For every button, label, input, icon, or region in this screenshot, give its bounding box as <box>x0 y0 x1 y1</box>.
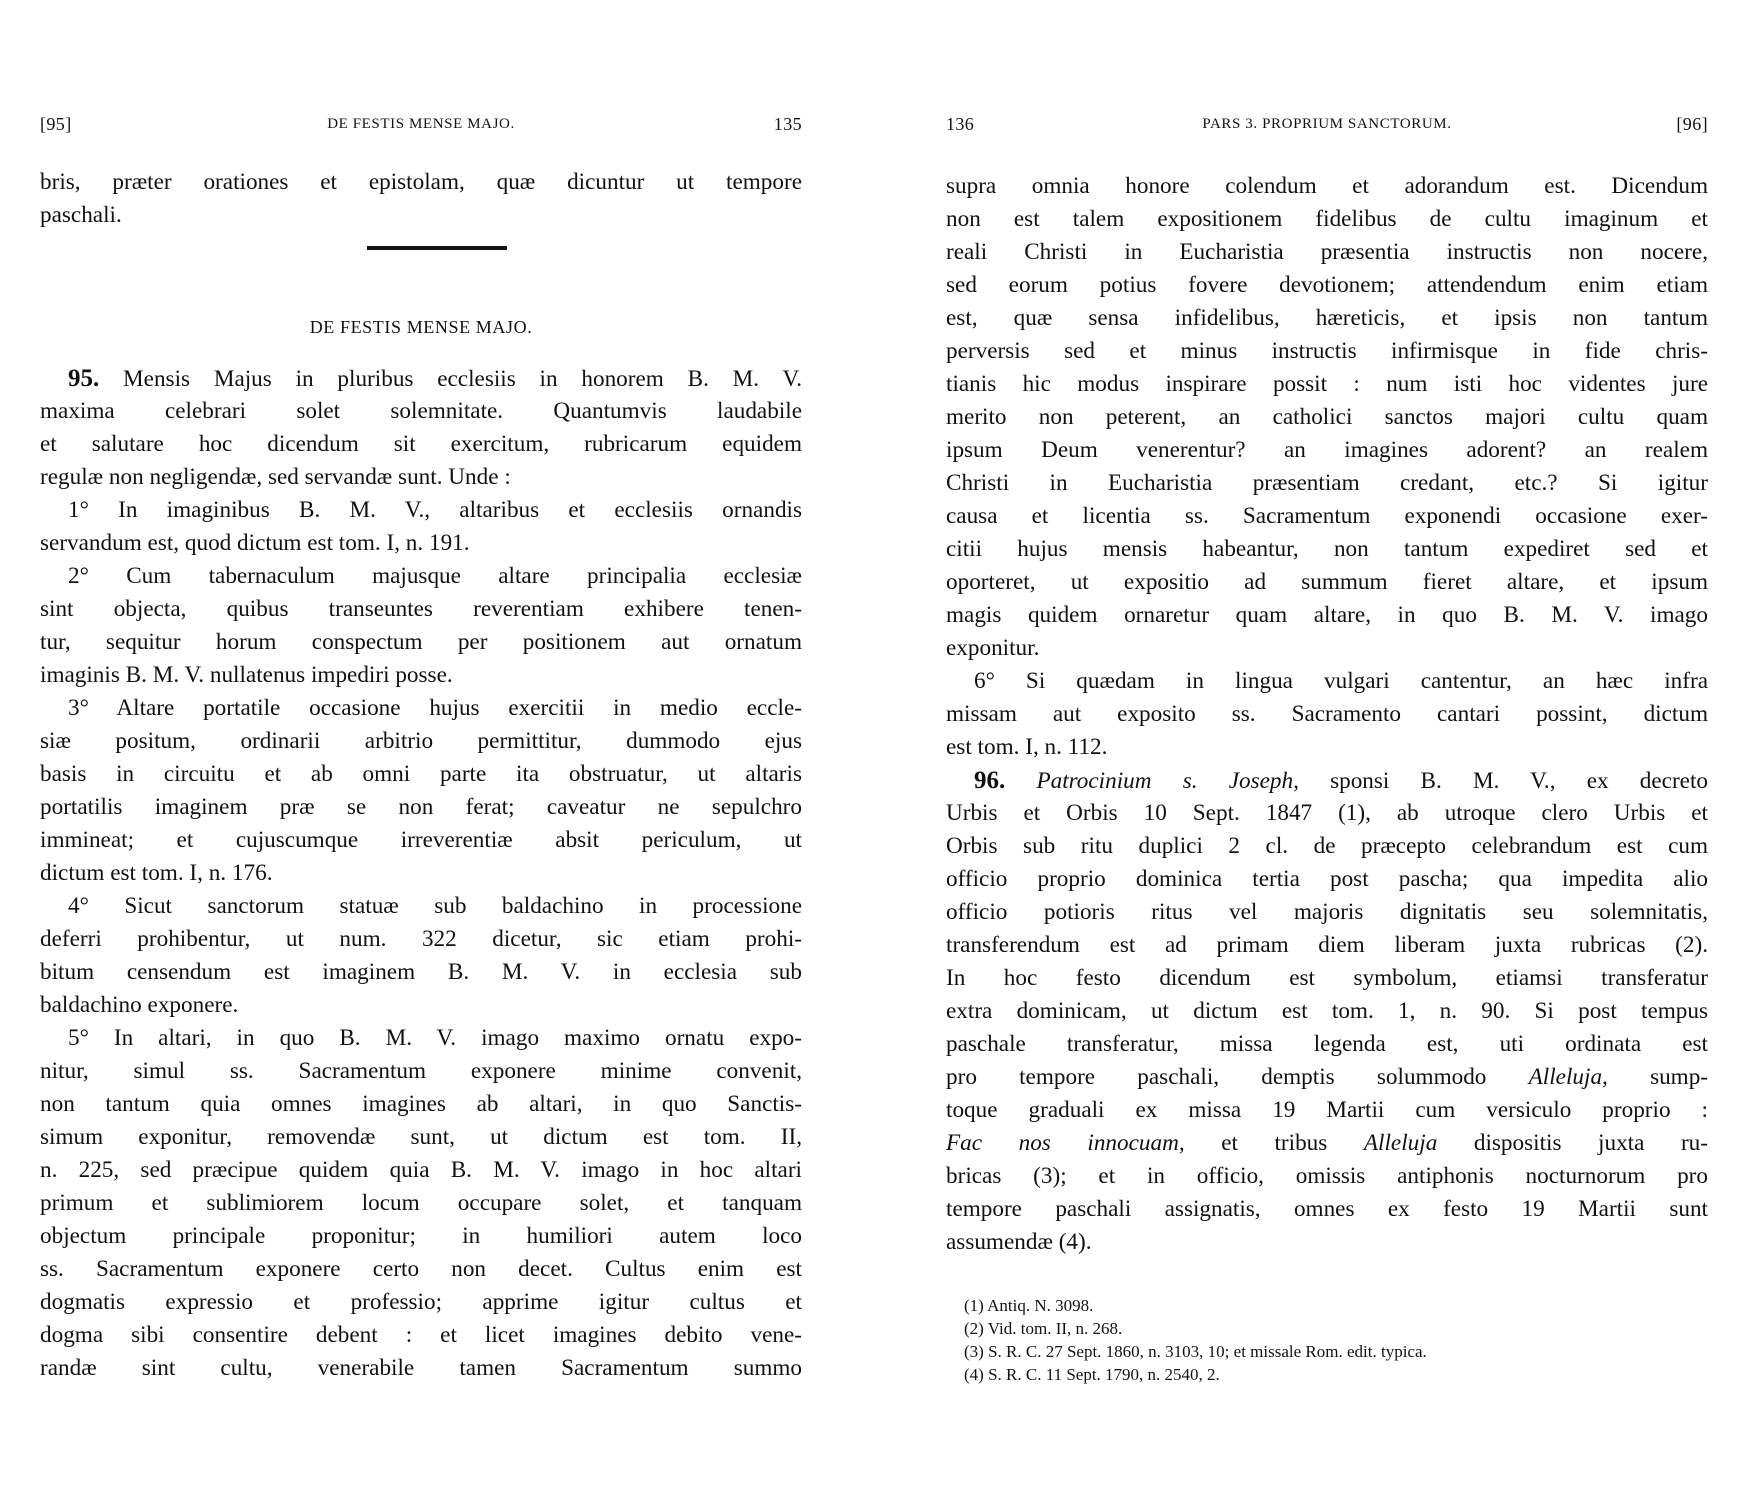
text-line: 3° Altare portatile occasione hujus exer… <box>40 692 802 725</box>
text-line: portatilis imaginem præ se non ferat; ca… <box>40 791 802 824</box>
text-line: ipsum Deum venerentur? an imagines adore… <box>946 434 1708 467</box>
text-line: non tantum quia omnes imagines ab altari… <box>40 1088 802 1121</box>
text-line: missam aut exposito ss. Sacramento canta… <box>946 698 1708 731</box>
text-line: non est talem expositionem fidelibus de … <box>946 203 1708 236</box>
right-bracket-number: [96] <box>1676 114 1708 135</box>
text-line: basis in circuitu et ab omni parte ita o… <box>40 758 802 791</box>
text-line: est tom. I, n. 112. <box>946 731 1708 764</box>
text-line: 95. Mensis Majus in pluribus ecclesiis i… <box>40 362 802 395</box>
left-page-number: 135 <box>774 114 802 135</box>
continuation-paragraph: supra omnia honore colendum et adorandum… <box>946 170 1708 665</box>
text-line: reali Christi in Eucharistia præsentia i… <box>946 236 1708 269</box>
text-line: tempore paschali assignatis, omnes ex fe… <box>946 1193 1708 1226</box>
text-line: 4° Sicut sanctorum statuæ sub baldachino… <box>40 890 802 923</box>
footnote-3: (3) S. R. C. 27 Sept. 1860, n. 3103, 10;… <box>964 1340 1427 1363</box>
text-line: ss. Sacramentum exponere certo non decet… <box>40 1253 802 1286</box>
text-line: citii hujus mensis habeantur, non tantum… <box>946 533 1708 566</box>
text-line: objectum principale proponitur; in humil… <box>40 1220 802 1253</box>
left-page: [95] DE FESTIS MENSE MAJO. 135 bris, præ… <box>40 0 802 1500</box>
right-page: 136 PARS 3. PROPRIUM SANCTORUM. [96] sup… <box>946 0 1708 1500</box>
item-4: 4° Sicut sanctorum statuæ sub baldachino… <box>40 890 802 1022</box>
item-3: 3° Altare portatile occasione hujus exer… <box>40 692 802 890</box>
text-line: sint objecta, quibus transeuntes reveren… <box>40 593 802 626</box>
item-marker: 3° <box>68 695 89 721</box>
text-line: causa et licentia ss. Sacramentum expone… <box>946 500 1708 533</box>
text-line: et salutare hoc dicendum sit exercitum, … <box>40 428 802 461</box>
text-line: Orbis sub ritu duplici 2 cl. de præcepto… <box>946 830 1708 863</box>
book-spread: [95] DE FESTIS MENSE MAJO. 135 bris, præ… <box>0 0 1738 1500</box>
right-running-head: 136 PARS 3. PROPRIUM SANCTORUM. [96] <box>946 114 1708 138</box>
text-line: assumendæ (4). <box>946 1226 1708 1259</box>
item-marker: 6° <box>974 668 995 694</box>
item-6: 6° Si quædam in lingua vulgari cantentur… <box>946 665 1708 764</box>
paragraph-number: 95. <box>68 365 99 392</box>
text-line: dogma sibi consentire debent : et licet … <box>40 1319 802 1352</box>
text-line: perversis sed et minus instructis infirm… <box>946 335 1708 368</box>
text-line: dictum est tom. I, n. 176. <box>40 857 802 890</box>
text-line: siæ positum, ordinarii arbitrio permitti… <box>40 725 802 758</box>
item-5: 5° In altari, in quo B. M. V. imago maxi… <box>40 1022 802 1385</box>
text-line: sed eorum potius fovere devotionem; atte… <box>946 269 1708 302</box>
text-line: oporteret, ut expositio ad summum fieret… <box>946 566 1708 599</box>
section-divider <box>40 232 802 312</box>
text-line: simum exponitur, removendæ sunt, ut dict… <box>40 1121 802 1154</box>
section-heading: DE FESTIS MENSE MAJO. <box>40 312 802 362</box>
text-line: regulæ non negligendæ, sed servandæ sunt… <box>40 461 802 494</box>
footnotes: (1) Antiq. N. 3098. (2) Vid. tom. II, n.… <box>964 1294 1427 1386</box>
left-running-title: DE FESTIS MENSE MAJO. <box>40 116 802 133</box>
text-line: bitum censendum est imaginem B. M. V. in… <box>40 956 802 989</box>
text-line: servandum est, quod dictum est tom. I, n… <box>40 527 802 560</box>
text-line: officio proprio dominica tertia post pas… <box>946 863 1708 896</box>
text-line: paschale transferatur, missa legenda est… <box>946 1028 1708 1061</box>
item-1: 1° In imaginibus B. M. V., altaribus et … <box>40 494 802 560</box>
item-2: 2° Cum tabernaculum majusque altare prin… <box>40 560 802 692</box>
text-line: In hoc festo dicendum est symbolum, etia… <box>946 962 1708 995</box>
footnote-2: (2) Vid. tom. II, n. 268. <box>964 1317 1427 1340</box>
footnote-1: (1) Antiq. N. 3098. <box>964 1294 1427 1317</box>
paragraph-95: 95. Mensis Majus in pluribus ecclesiis i… <box>40 362 802 494</box>
text-line: deferri prohibentur, ut num. 322 dicetur… <box>40 923 802 956</box>
text-line: merito non peterent, an catholici sancto… <box>946 401 1708 434</box>
text-line: magis quidem ornaretur quam altare, in q… <box>946 599 1708 632</box>
text-line: tur, sequitur horum conspectum per posit… <box>40 626 802 659</box>
left-running-head: [95] DE FESTIS MENSE MAJO. 135 <box>40 114 802 138</box>
text-line: bricas (3); et in officio, omissis antip… <box>946 1160 1708 1193</box>
text-line: Urbis et Orbis 10 Sept. 1847 (1), ab utr… <box>946 797 1708 830</box>
footnote-4: (4) S. R. C. 11 Sept. 1790, n. 2540, 2. <box>964 1363 1427 1386</box>
feast-title: Patrocinium s. Joseph, <box>1036 768 1298 794</box>
text-line: bris, præter orationes et epistolam, quæ… <box>40 166 802 199</box>
paragraph-96: 96. Patrocinium s. Joseph, sponsi B. M. … <box>946 764 1708 1259</box>
right-body-text: supra omnia honore colendum et adorandum… <box>946 170 1708 1259</box>
text-line: transferendum est ad primam diem liberam… <box>946 929 1708 962</box>
text-line: randæ sint cultu, venerabile tamen Sacra… <box>40 1352 802 1385</box>
text-line: dogmatis expressio et professio; apprime… <box>40 1286 802 1319</box>
text-line: 2° Cum tabernaculum majusque altare prin… <box>40 560 802 593</box>
text-line: paschali. <box>40 199 802 232</box>
text-line: exponitur. <box>946 632 1708 665</box>
text-line: supra omnia honore colendum et adorandum… <box>946 170 1708 203</box>
text-line: n. 225, sed præcipue quidem quia B. M. V… <box>40 1154 802 1187</box>
text-line: est, quæ sensa infidelibus, hæreticis, e… <box>946 302 1708 335</box>
text-line: immineat; et cujuscumque irreverentiæ ab… <box>40 824 802 857</box>
left-body-text: bris, præter orationes et epistolam, quæ… <box>40 166 802 1385</box>
text-line: 6° Si quædam in lingua vulgari cantentur… <box>946 665 1708 698</box>
text-line: baldachino exponere. <box>40 989 802 1022</box>
text-line: Fac nos innocuam, et tribus Alleluja dis… <box>946 1127 1708 1160</box>
paragraph-number: 96. <box>974 767 1005 794</box>
text-line: imaginis B. M. V. nullatenus impediri po… <box>40 659 802 692</box>
text-line: nitur, simul ss. Sacramentum exponere mi… <box>40 1055 802 1088</box>
item-marker: 1° <box>68 497 89 523</box>
item-marker: 2° <box>68 563 89 589</box>
text-line: tianis hic modus inspirare possit : num … <box>946 368 1708 401</box>
item-marker: 5° <box>68 1025 89 1051</box>
text-line: maxima celebrari solet solemnitate. Quan… <box>40 395 802 428</box>
horizontal-rule <box>367 246 507 250</box>
text-line: 1° In imaginibus B. M. V., altaribus et … <box>40 494 802 527</box>
text-line: 96. Patrocinium s. Joseph, sponsi B. M. … <box>946 764 1708 797</box>
text-line: 5° In altari, in quo B. M. V. imago maxi… <box>40 1022 802 1055</box>
text-line: extra dominicam, ut dictum est tom. 1, n… <box>946 995 1708 1028</box>
text-line: pro tempore paschali, demptis solummodo … <box>946 1061 1708 1094</box>
text-line: toque graduali ex missa 19 Martii cum ve… <box>946 1094 1708 1127</box>
right-running-title: PARS 3. PROPRIUM SANCTORUM. <box>946 116 1708 133</box>
text-line: primum et sublimiorem locum occupare sol… <box>40 1187 802 1220</box>
text-line: officio potioris ritus vel majoris digni… <box>946 896 1708 929</box>
text-line: Christi in Eucharistia præsentiam credan… <box>946 467 1708 500</box>
item-marker: 4° <box>68 893 89 919</box>
